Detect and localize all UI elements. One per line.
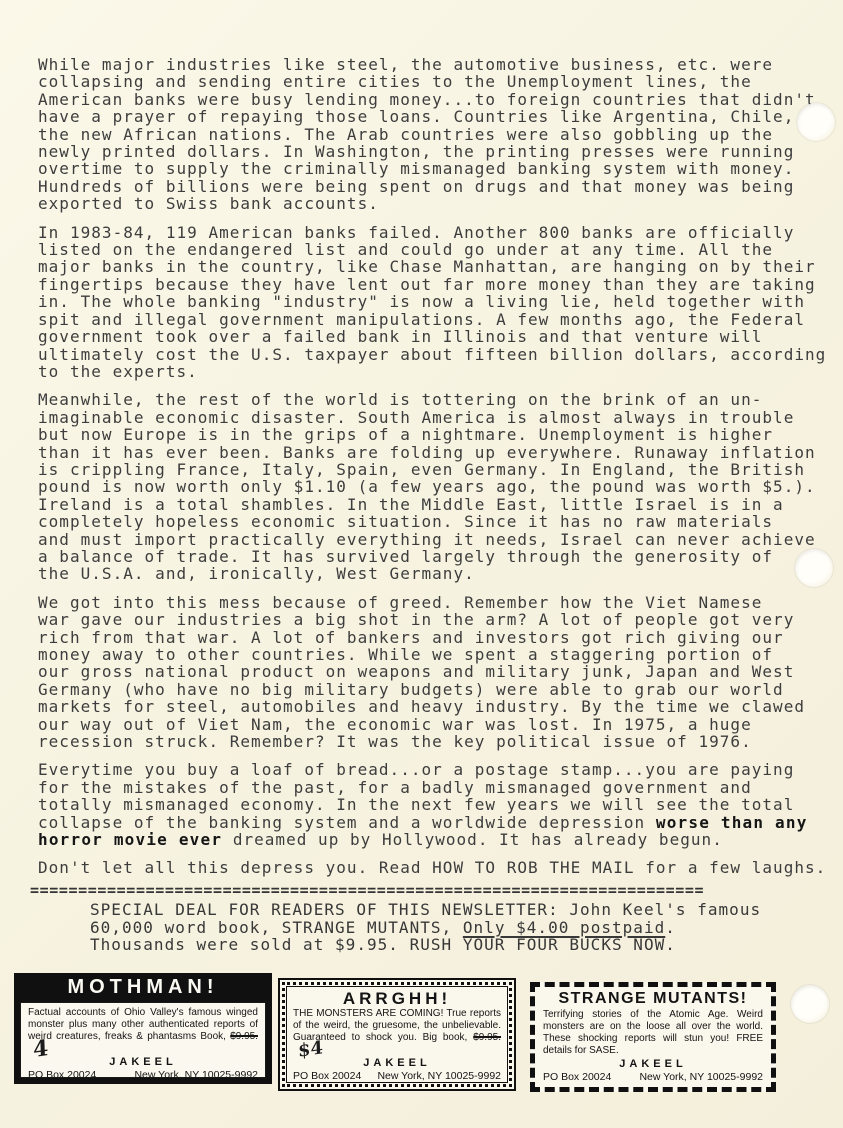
- struck-price: $9.95.: [473, 1032, 501, 1043]
- city-zip: New York, NY 10025-9992: [639, 1071, 763, 1083]
- hole-punch: [791, 985, 829, 1023]
- handwritten-price: $4: [298, 1043, 323, 1057]
- ad-mothman-panel: Factual accounts of Ohio Valley's famous…: [20, 1002, 266, 1078]
- paragraph-text: dreamed up by Hollywood. It has already …: [222, 830, 723, 849]
- ad-arrghh-title: ARRGHH!: [293, 989, 501, 1008]
- struck-price: $9.95.: [230, 1031, 258, 1042]
- ad-strange-mutants-address: PO Box 20024 New York, NY 10025-9992: [543, 1071, 763, 1083]
- ad-mothman-body: Factual accounts of Ohio Valley's famous…: [28, 1007, 258, 1055]
- ad-strange-mutants: STRANGE MUTANTS! Terrifying stories of t…: [530, 982, 776, 1092]
- po-box: PO Box 20024: [28, 1069, 96, 1081]
- divider-line: ========================================…: [30, 882, 820, 899]
- special-deal-block: SPECIAL DEAL FOR READERS OF THIS NEWSLET…: [90, 901, 810, 954]
- ad-arrghh-body: THE MONSTERS ARE COMING! True reports of…: [293, 1008, 501, 1056]
- paragraph: Meanwhile, the rest of the world is tott…: [38, 391, 818, 582]
- ad-text: THE MONSTERS ARE COMING! True reports of…: [293, 1008, 501, 1043]
- hole-punch: [795, 549, 833, 587]
- ad-strange-mutants-body: Terrifying stories of the Atomic Age. We…: [543, 1009, 763, 1057]
- paragraph: Don't let all this depress you. Read HOW…: [38, 859, 818, 876]
- paragraph: While major industries like steel, the a…: [38, 56, 818, 213]
- paragraph: In 1983-84, 119 American banks failed. A…: [38, 224, 818, 381]
- ad-strange-mutants-title: STRANGE MUTANTS!: [543, 989, 763, 1009]
- newsletter-page: While major industries like steel, the a…: [0, 0, 843, 1128]
- paragraph: We got into this mess because of greed. …: [38, 594, 818, 751]
- deal-price-underlined: Only $4.00 postpaid: [463, 918, 665, 937]
- paragraph: Everytime you buy a loaf of bread...or a…: [38, 761, 818, 848]
- hole-punch: [797, 103, 835, 141]
- ad-mothman-publisher: JAKEEL: [28, 1056, 258, 1068]
- ad-text: Factual accounts of Ohio Valley's famous…: [28, 1007, 258, 1042]
- ad-mothman: MOTHMAN! Factual accounts of Ohio Valley…: [14, 973, 272, 1084]
- po-box: PO Box 20024: [543, 1071, 611, 1083]
- city-zip: New York, NY 10025-9992: [134, 1069, 258, 1081]
- po-box: PO Box 20024: [293, 1070, 361, 1082]
- handwritten-price: 4: [33, 1043, 49, 1055]
- ad-arrghh-panel: ARRGHH! THE MONSTERS ARE COMING! True re…: [286, 986, 508, 1083]
- ad-arrghh-publisher: JAKEEL: [293, 1057, 501, 1069]
- ad-mothman-title: MOTHMAN!: [14, 973, 272, 1002]
- ad-strange-mutants-publisher: JAKEEL: [543, 1058, 763, 1070]
- ad-mothman-address: PO Box 20024 New York, NY 10025-9992: [28, 1069, 258, 1081]
- ad-arrghh-address: PO Box 20024 New York, NY 10025-9992: [293, 1070, 501, 1082]
- city-zip: New York, NY 10025-9992: [377, 1070, 501, 1082]
- ad-arrghh: ARRGHH! THE MONSTERS ARE COMING! True re…: [278, 978, 516, 1091]
- ad-arrghh-border: ARRGHH! THE MONSTERS ARE COMING! True re…: [282, 982, 512, 1087]
- article-body: While major industries like steel, the a…: [38, 56, 818, 888]
